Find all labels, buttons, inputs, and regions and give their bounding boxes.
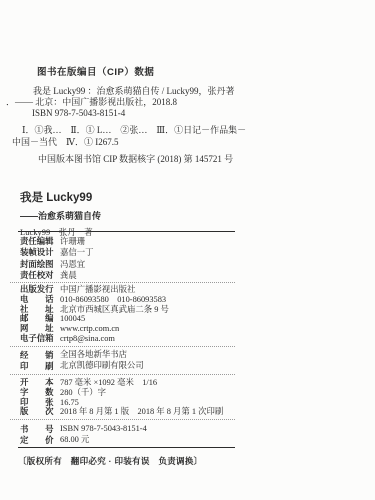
cip-entry-line1: 我是 Lucky99 ：治愈系萌猫自传 / Lucky99，张丹著: [6, 86, 286, 97]
sheets-value: 16.75: [60, 398, 79, 408]
price-row: 定 价 68.00 元: [20, 435, 147, 446]
printer-value: 北京凯德印刷有限公司: [60, 361, 144, 372]
credit-label: 责任编辑: [20, 236, 58, 247]
publisher-section: 出版发行 中国广播影视出版社 电 话 010-86093580 010-8609…: [20, 285, 169, 344]
divider-solid-bottom: [18, 447, 235, 448]
credit-label: 装帧设计: [20, 247, 58, 258]
credits-section: 责任编辑 许珊珊 装帧设计 嘉信一丁 封面绘图 冯恩宜 责任校对 龚晨: [20, 236, 94, 281]
isbn-row: 书 号 ISBN 978-7-5043-8151-4: [20, 424, 147, 435]
credit-value: 嘉信一丁: [60, 247, 94, 258]
edition-value: 2018 年 8 月第 1 版 2018 年 8 月第 1 次印刷: [60, 407, 223, 417]
copyright-page: 图书在版编目（CIP）数据 我是 Lucky99 ：治愈系萌猫自传 / Luck…: [0, 0, 375, 500]
cip-entry: 我是 Lucky99 ：治愈系萌猫自传 / Lucky99，张丹著 ．—— 北京…: [6, 86, 286, 119]
cip-classification: Ⅰ．①我… Ⅱ．① L… ②张… Ⅲ．①日记－作品集－ 中国－当代 Ⅳ．① I2…: [12, 125, 292, 148]
divider-dotted-2: [10, 346, 235, 347]
copyright-notice: 〔版权所有 翻印必究 · 印装有误 负责调换〕: [18, 455, 202, 467]
credit-value: 龚晨: [60, 270, 77, 281]
credit-label: 封面绘图: [20, 259, 58, 270]
edition-row: 版 次 2018 年 8 月第 1 版 2018 年 8 月第 1 次印刷: [20, 407, 223, 417]
credit-row: 装帧设计 嘉信一丁: [20, 247, 94, 258]
price-label: 定 价: [20, 435, 58, 446]
credit-label: 责任校对: [20, 270, 58, 281]
email-label: 电子信箱: [20, 334, 58, 344]
printer-row: 印 刷 北京凯德印刷有限公司: [20, 361, 144, 372]
format-section: 开 本 787 毫米 ×1092 毫米 1/16 字 数 280（千）字 印 张…: [20, 378, 223, 417]
phone-value: 010-86093580 010-86093583: [60, 295, 166, 305]
cip-registry-number: 中国版本图书馆 CIP 数据核字 (2018) 第 145721 号: [38, 152, 233, 165]
isbn-price-section: 书 号 ISBN 978-7-5043-8151-4 定 价 68.00 元: [20, 424, 147, 445]
distributor-label: 经 销: [20, 350, 58, 361]
publisher-value: 中国广播影视出版社: [60, 285, 135, 295]
cip-header: 图书在版编目（CIP）数据: [37, 64, 154, 78]
price-value: 68.00 元: [60, 435, 89, 446]
credit-row: 封面绘图 冯恩宜: [20, 259, 94, 270]
edition-label: 版 次: [20, 407, 58, 417]
credit-value: 许珊珊: [60, 236, 85, 247]
divider-dotted-1: [10, 282, 235, 283]
format-value: 787 毫米 ×1092 毫米 1/16: [60, 378, 157, 388]
distributor-value: 全国各地新华书店: [60, 350, 127, 361]
divider-dotted-3: [10, 374, 235, 375]
email-row: 电子信箱 crtp8@sina.com: [20, 334, 169, 344]
book-title: 我是 Lucky99: [20, 189, 101, 205]
divider-dotted-4: [10, 419, 235, 420]
wordcount-value: 280（千）字: [60, 388, 106, 398]
website-value: www.crtp.com.cn: [60, 324, 119, 334]
book-subtitle: ——治愈系萌猫自传: [20, 209, 101, 222]
isbn-value: ISBN 978-7-5043-8151-4: [60, 424, 147, 435]
credit-value: 冯恩宜: [60, 259, 85, 270]
cip-entry-isbn: ISBN 978-7-5043-8151-4: [6, 108, 286, 119]
cip-classification-line2: 中国－当代 Ⅳ．① I267.5: [12, 137, 292, 149]
distributor-row: 经 销 全国各地新华书店: [20, 350, 144, 361]
isbn-label: 书 号: [20, 424, 58, 435]
credit-row: 责任编辑 许珊珊: [20, 236, 94, 247]
distribution-section: 经 销 全国各地新华书店 印 刷 北京凯德印刷有限公司: [20, 350, 144, 371]
postcode-value: 100045: [60, 314, 85, 324]
printer-label: 印 刷: [20, 361, 58, 372]
credit-row: 责任校对 龚晨: [20, 270, 94, 281]
email-value: crtp8@sina.com: [60, 334, 115, 344]
address-value: 北京市西城区真武庙二条 9 号: [60, 305, 169, 315]
divider-solid-top: [18, 231, 235, 232]
cip-classification-line1: Ⅰ．①我… Ⅱ．① L… ②张… Ⅲ．①日记－作品集－: [12, 125, 292, 137]
cip-entry-line2: ．—— 北京：中国广播影视出版社，2018.8: [6, 97, 286, 108]
